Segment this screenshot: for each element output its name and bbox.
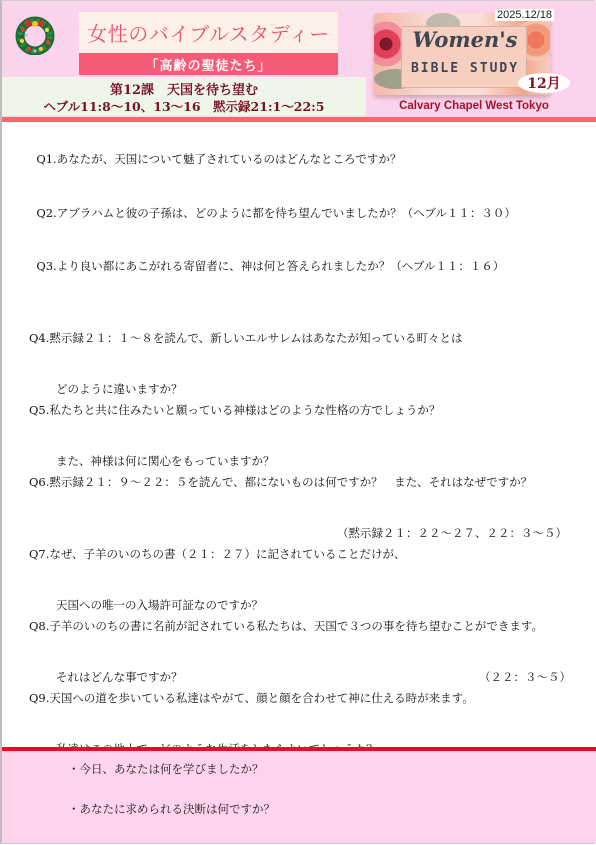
month-label: 12月	[527, 73, 560, 93]
question-label: Q4.	[29, 331, 49, 345]
reflection-section: ・今日、あなたは何を学びましたか？ ・あなたに求められる決断は何ですか？	[2, 751, 596, 843]
scripture-reference: （２２：３〜５）	[479, 669, 571, 686]
church-name: Calvary Chapel West Tokyo	[374, 100, 574, 112]
question-label: Q6.	[29, 475, 49, 489]
question-text: 天国への道を歩いている私達はやがて、顔と顔を合わせて神に仕える時が来ます。	[49, 691, 473, 705]
question-1: Q1.あなたが、天国について魅了されているのはどんなところですか？	[29, 134, 401, 168]
question-label: Q2.	[36, 206, 56, 220]
subtitle-banner: 「高齢の聖徒たち」	[79, 53, 338, 75]
question-2: Q2.アブラハムと彼の子孫は、どのように都を待ち望んでいましたか？（ヘブル１１：…	[29, 188, 516, 222]
question-3: Q3.より良い都にあこがれる寄留者に、神は何と答えられましたか？（ヘブル１１：１…	[29, 241, 504, 275]
month-badge: 12月	[518, 73, 570, 93]
question-text: あなたが、天国について魅了されているのはどんなところですか？	[57, 152, 402, 166]
page-title: 女性のバイブルスタディー	[87, 18, 329, 47]
question-text: アブラハムと彼の子孫は、どのように都を待ち望んでいましたか？（ヘブル１１：３０）	[57, 206, 516, 220]
lesson-scripture: ヘブル11:8〜10、13〜16 黙示録21:1〜22:5	[2, 97, 366, 115]
session-date: 2025.12/18	[495, 9, 554, 21]
question-label: Q8.	[29, 619, 49, 633]
question-text: 子羊のいのちの書に名前が記されている私たちは、天国で３つの事を待ち望むことができ…	[49, 619, 543, 633]
christmas-wreath-icon	[14, 13, 56, 55]
question-label: Q1.	[36, 152, 56, 166]
reflection-item-1: ・今日、あなたは何を学びましたか？	[68, 761, 264, 777]
title-banner: 女性のバイブルスタディー	[79, 12, 338, 53]
question-text: 私たちと共に住みたいと願っている神様はどのような性格の方でしょうか？	[49, 403, 440, 417]
question-label: Q9.	[29, 691, 49, 705]
logo-line2: BIBLE STUDY	[402, 61, 528, 76]
lesson-info: 第12課 天国を待ち望む ヘブル11:8〜10、13〜16 黙示録21:1〜22…	[2, 77, 366, 116]
reflection-item-2: ・あなたに求められる決断は何ですか？	[68, 801, 275, 817]
question-label: Q5.	[29, 403, 49, 417]
series-subtitle: 「高齢の聖徒たち」	[145, 55, 271, 74]
question-label: Q3.	[36, 259, 56, 273]
question-text: なぜ、子羊のいのちの書（２１：２７）に記されていることだけが、	[49, 547, 405, 561]
lesson-title: 第12課 天国を待ち望む	[2, 79, 366, 98]
question-text: より良い都にあこがれる寄留者に、神は何と答えられましたか？（ヘブル１１：１６）	[57, 259, 505, 273]
logo-line1: Women's	[402, 27, 528, 52]
question-text: 黙示録２１：１〜８を読んで、新しいエルサレムはあなたが知っている町々とは	[49, 331, 462, 345]
question-label: Q7.	[29, 547, 49, 561]
logo-panel: Women's BIBLE STUDY	[401, 26, 527, 88]
header-divider	[2, 117, 596, 122]
question-text: 黙示録２１：９〜２２：５を読んで、都にないものは何ですか？ また、それはなぜです…	[49, 475, 532, 489]
